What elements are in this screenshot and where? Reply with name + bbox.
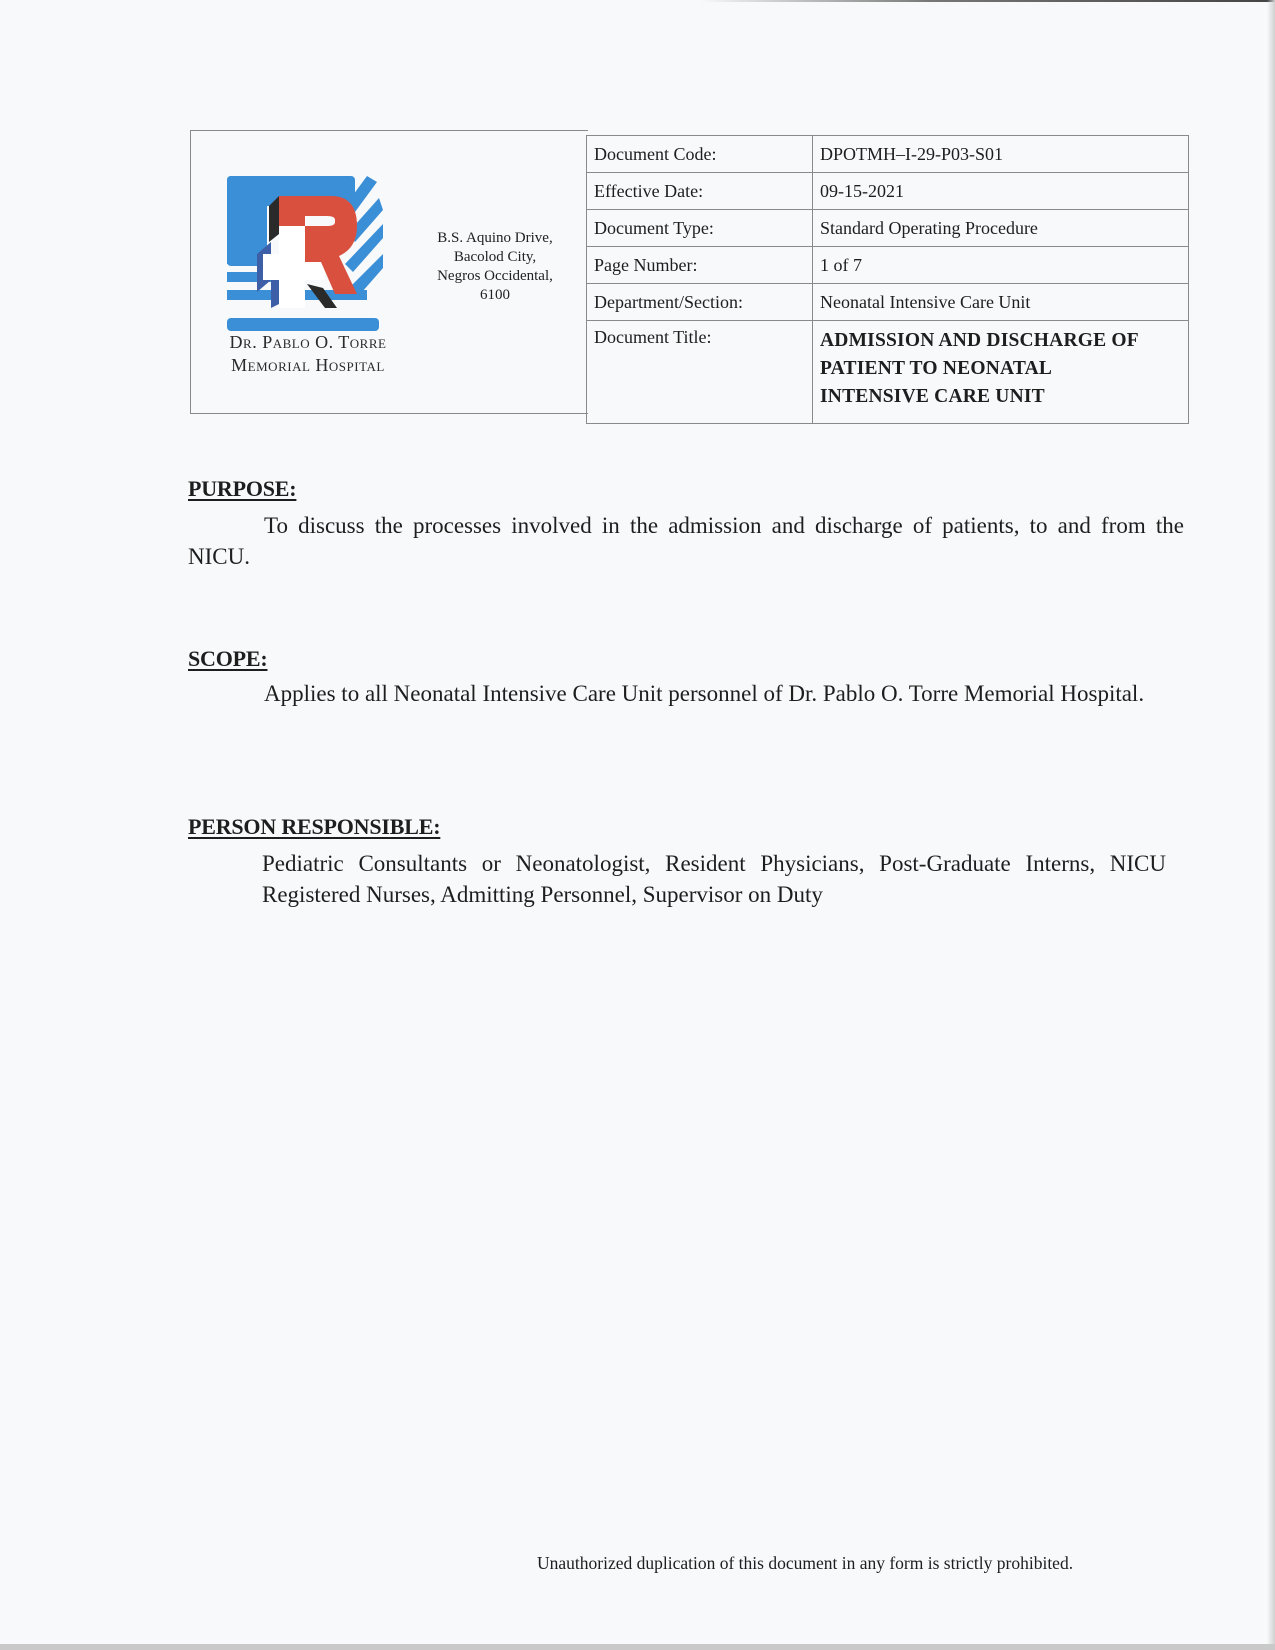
person-responsible-heading: PERSON RESPONSIBLE: [188,814,440,840]
meta-value: 1 of 7 [813,247,1189,284]
meta-row-document-title: Document Title: ADMISSION AND DISCHARGE … [587,321,1189,424]
scan-edge-top [700,0,1275,2]
meta-label: Document Title: [587,321,813,424]
scope-heading: SCOPE: [188,646,267,672]
meta-row-document-type: Document Type: Standard Operating Proced… [587,210,1189,247]
footer-notice: Unauthorized duplication of this documen… [537,1553,1073,1574]
meta-row-department: Department/Section: Neonatal Intensive C… [587,284,1189,321]
purpose-text: To discuss the processes involved in the… [188,510,1184,572]
meta-row-effective-date: Effective Date: 09-15-2021 [587,173,1189,210]
meta-row-page-number: Page Number: 1 of 7 [587,247,1189,284]
scan-edge-bottom [0,1644,1275,1650]
meta-label: Document Type: [587,210,813,247]
scan-edge-right [1267,0,1275,1650]
meta-value: Neonatal Intensive Care Unit [813,284,1189,321]
meta-value: 09-15-2021 [813,173,1189,210]
meta-label: Department/Section: [587,284,813,321]
document-title: ADMISSION AND DISCHARGE OF PATIENT TO NE… [813,321,1189,424]
person-responsible-text: Pediatric Consultants or Neonatologist, … [262,848,1166,910]
document-metadata-table: Document Code: DPOTMH–I-29-P03-S01 Effec… [586,135,1189,424]
organization-address: B.S. Aquino Drive, Bacolod City, Negros … [420,229,570,305]
scope-text: Applies to all Neonatal Intensive Care U… [188,678,1184,709]
meta-row-document-code: Document Code: DPOTMH–I-29-P03-S01 [587,136,1189,173]
organization-name: Dr. Pablo O. Torre Memorial Hospital [198,331,418,377]
hospital-cross-r-logo-icon [227,176,383,331]
meta-label: Page Number: [587,247,813,284]
purpose-heading: PURPOSE: [188,476,296,502]
meta-value: DPOTMH–I-29-P03-S01 [813,136,1189,173]
meta-label: Effective Date: [587,173,813,210]
meta-label: Document Code: [587,136,813,173]
meta-value: Standard Operating Procedure [813,210,1189,247]
